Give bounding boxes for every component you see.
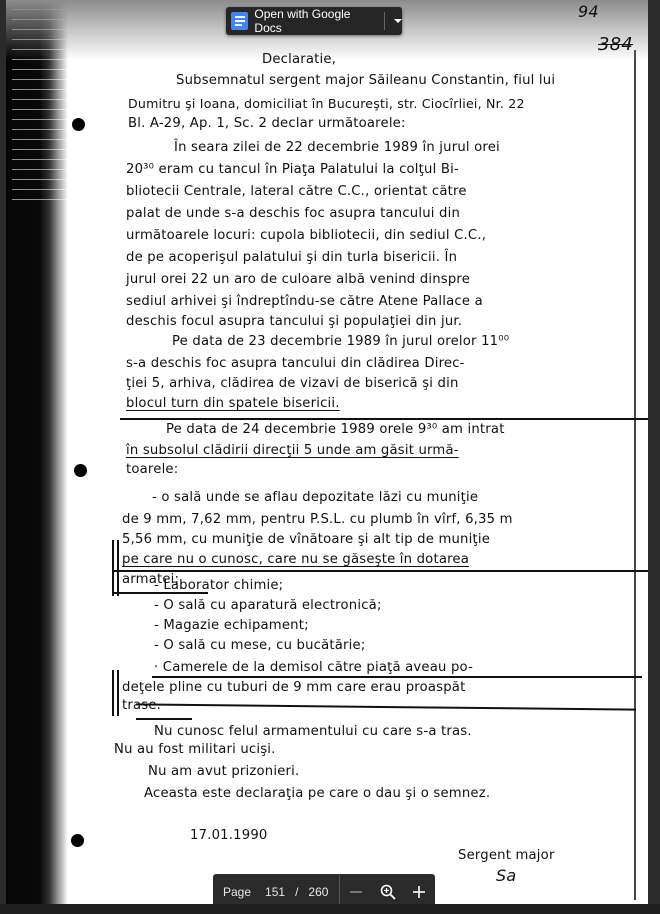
text-line: În seara zilei de 22 decembrie 1989 în j… — [174, 140, 500, 155]
text-line: · Camerele de la demisol către piaţă ave… — [154, 660, 473, 675]
text-line: - o sală unde se aflau depozitate lăzi c… — [152, 490, 478, 505]
underline-rule — [136, 718, 192, 720]
text-line: Nu am avut prizonieri. — [148, 764, 299, 779]
open-with-google-docs-label: Open with Google Docs — [254, 7, 377, 35]
document-title: Declaratie, — [262, 52, 336, 67]
text-line: Subsemnatul sergent major Săileanu Const… — [176, 73, 555, 88]
page-separator: / — [295, 885, 298, 899]
text-line: Pe data de 24 decembrie 1989 orele 9³⁰ a… — [166, 422, 505, 437]
text-line: trase. — [122, 698, 161, 713]
underline-rule — [114, 570, 648, 572]
text-line: - Laborator chimie; — [154, 578, 283, 593]
margin-bracket-mark — [112, 540, 119, 596]
text-line: următoarele locuri: cupola bibliotecii, … — [126, 228, 486, 243]
google-docs-icon — [231, 12, 248, 30]
text-line: - O sală cu mese, cu bucătărie; — [154, 638, 366, 653]
text-line: Bl. A-29, Ap. 1, Sc. 2 declar următoarel… — [128, 116, 406, 131]
declaration-date: 17.01.1990 — [190, 828, 268, 843]
text-line: 20³⁰ eram cu tancul în Piaţa Palatului l… — [126, 162, 459, 177]
text-line: Dumitru şi Ioana, domiciliat în Bucureşt… — [128, 96, 525, 111]
total-pages: 260 — [308, 885, 328, 899]
button-divider — [384, 12, 385, 30]
pdf-viewer: 94 384 Declaratie, Subsemnatul sergent m… — [0, 0, 660, 904]
text-line: pe care nu o cunosc, care nu se găseşte … — [122, 552, 469, 567]
page-label: Page — [223, 885, 251, 899]
text-line: palat de unde s-a deschis foc asupra tan… — [126, 206, 460, 221]
viewer-bottom-bar — [0, 904, 660, 914]
text-line: blocul turn din spatele bisericii. — [126, 396, 340, 411]
text-line: 5,56 mm, cu muniţie de vînătoare şi alt … — [122, 532, 490, 547]
text-line: Nu cunosc felul armamentului cu care s-a… — [154, 724, 472, 739]
text-line: Aceasta este declaraţia pe care o dau şi… — [144, 786, 490, 801]
text-line: jurul orei 22 un aro de culoare albă ven… — [126, 272, 470, 287]
current-page-input[interactable]: 151 — [265, 885, 285, 899]
text-line: de pe acoperişul palatului şi din turla … — [126, 250, 457, 265]
magnifier-icon — [380, 884, 396, 900]
caret-down-icon[interactable] — [394, 19, 402, 23]
archive-number: 94 — [578, 2, 599, 21]
margin-bracket-mark — [112, 670, 119, 716]
text-line: deschis focul asupra tancului şi populaţ… — [126, 314, 462, 329]
document-page: 94 384 Declaratie, Subsemnatul sergent m… — [6, 0, 648, 904]
text-line: de 9 mm, 7,62 mm, pentru P.S.L. cu plumb… — [122, 512, 513, 527]
underline-rule — [152, 676, 642, 678]
open-with-google-docs-button[interactable]: Open with Google Docs — [226, 7, 402, 35]
text-line: Pe data de 23 decembrie 1989 în jurul or… — [172, 334, 509, 349]
text-line: - O sală cu aparatură electronică; — [154, 598, 382, 613]
struck-archive-number: 384 — [598, 34, 633, 55]
text-line: sediul arhivei şi îndreptîndu-se către A… — [126, 294, 483, 309]
text-line: - Magazie echipament; — [154, 618, 309, 633]
text-line: Nu au fost militari ucişi. — [114, 742, 276, 757]
text-line: ţiei 5, arhiva, clădirea de vizavi de bi… — [126, 376, 459, 391]
text-line: în subsolul clădirii direcţii 5 unde am … — [126, 443, 459, 458]
text-line: toarele: — [126, 462, 178, 477]
underline-rule — [136, 703, 636, 710]
underline-rule — [120, 418, 648, 420]
signature-title: Sergent major — [458, 848, 555, 863]
signature: Sa — [496, 866, 516, 885]
minus-icon — [349, 885, 363, 899]
handwritten-declaration: 94 384 Declaratie, Subsemnatul sergent m… — [6, 0, 648, 904]
text-line: deţele pline cu tuburi de 9 mm care erau… — [122, 680, 465, 695]
text-line: bliotecii Centrale, lateral către C.C., … — [126, 184, 467, 199]
plus-icon — [412, 885, 426, 899]
text-line: s-a deschis foc asupra tancului din clăd… — [126, 356, 465, 371]
